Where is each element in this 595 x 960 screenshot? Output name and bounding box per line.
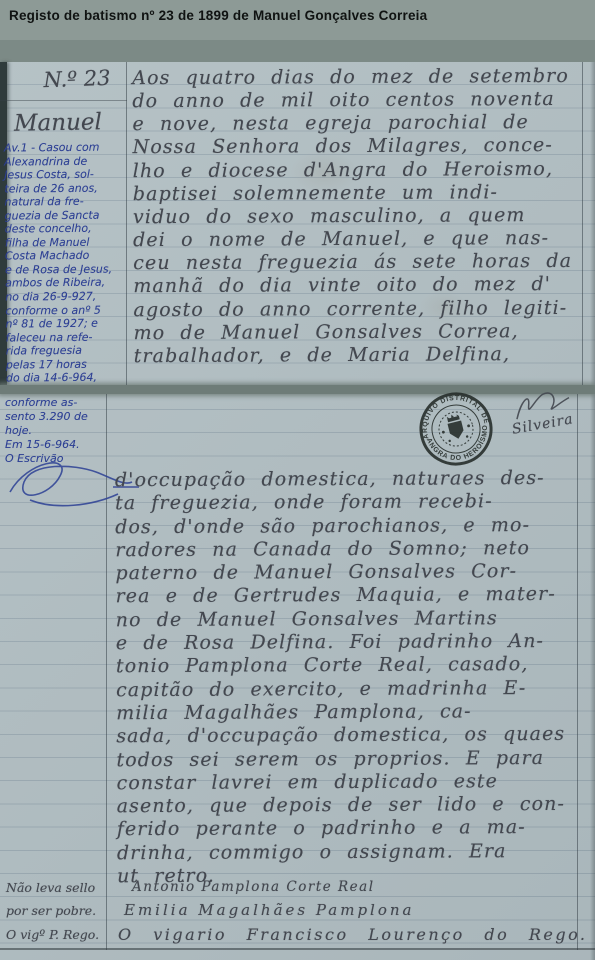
- annotation-line: sento 3.290 de: [5, 410, 124, 424]
- text-line: asento, que depois de ser lido e con-: [117, 793, 577, 819]
- scan-right-edge-shade: [590, 62, 595, 960]
- text-line: trabalhador, e de Maria Delfina,: [134, 343, 582, 369]
- annotation-line: teira de 26 anos,: [4, 181, 123, 196]
- witness-signatures: Antonio Pamplona Corte RealEmilia Magalh…: [118, 876, 588, 946]
- annotation-line: Em 15-6-964.: [5, 438, 124, 452]
- screenshot-root: Registo de batismo nº 23 de 1899 de Manu…: [0, 0, 595, 960]
- text-line: sada, d'occupação domestica, os quaes: [116, 723, 576, 749]
- text-line: rea e de Gertrudes Maquia, e mater-: [116, 583, 576, 609]
- annotation-line: O vigº P. Rego.: [6, 923, 118, 946]
- text-line: capitão do exercito, e madrinha E-: [116, 676, 576, 702]
- signature-line: Emilia Magalhães Pamplona: [124, 899, 588, 922]
- annotation-line: deste concelho,: [5, 222, 124, 237]
- text-line: ceu nesta freguezia ás sete horas da: [133, 250, 581, 276]
- document-scan: N.º 23 Manuel Av.1 - Casou comAlexandrin…: [0, 40, 595, 960]
- text-line: lho e diocese d'Angra do Heroismo,: [133, 157, 581, 183]
- annotation-line: guezia de Sancta: [5, 208, 124, 223]
- text-line: ferido perante o padrinho e a ma-: [117, 816, 577, 842]
- header-bar: Registo de batismo nº 23 de 1899 de Manu…: [0, 0, 595, 40]
- text-line: d'occupação domestica, naturaes des-: [115, 467, 575, 493]
- right-rule-bottom: [577, 394, 578, 950]
- annotation-line: hoje.: [5, 424, 124, 438]
- text-line: constar lavrei em duplicado este: [116, 770, 576, 796]
- body-text-top: Aos quatro dias do mez de setembrodo ann…: [132, 65, 582, 368]
- scan-seam: [0, 385, 595, 394]
- right-rule-top: [582, 62, 583, 385]
- text-line: do anno de mil oito centos noventa: [132, 88, 580, 114]
- annotation-line: natural da fre-: [4, 195, 123, 210]
- signature-line: Antonio Pamplona Corte Real: [132, 876, 588, 899]
- annotation-line: ambos de Ribeira,: [5, 276, 124, 291]
- stamp-emblem: [438, 411, 472, 443]
- annotation-line: Costa Machado: [5, 249, 124, 264]
- annotation-line: conforme o anº 5: [5, 303, 124, 318]
- record-number: N.º 23: [28, 65, 127, 92]
- annotation-line: filha de Manuel: [5, 235, 124, 250]
- text-line: paterno de Manuel Gonsalves Cor-: [115, 560, 575, 586]
- text-line: agosto do anno corrente, filho legiti-: [133, 296, 581, 322]
- annotation-line: conforme as-: [5, 396, 124, 410]
- archivist-signature: Silveira: [502, 386, 592, 451]
- no-stamp-note: Não leva sellopor ser pobre.O vigº P. Re…: [6, 876, 118, 946]
- baptism-name: Manuel: [14, 109, 102, 137]
- text-line: e nove, nesta egreja parochial de: [132, 111, 580, 137]
- annotation-line: Jesus Costa, sol-: [4, 168, 123, 183]
- text-line: mo de Manuel Gonsalves Correa,: [134, 320, 582, 346]
- annotation-line: nº 81 de 1927; e: [5, 317, 124, 332]
- text-line: viduo do sexo masculino, a quem: [133, 204, 581, 230]
- text-line: ta freguezia, onde foram recebi-: [115, 490, 575, 516]
- annotation-line: pelas 17 horas: [6, 357, 125, 372]
- text-line: milia Magalhães Pamplona, ca-: [116, 700, 576, 726]
- text-line: Aos quatro dias do mez de setembro: [132, 65, 580, 91]
- annotation-line: Alexandrina de: [4, 154, 123, 169]
- text-line: dos, d'onde são parochianos, e mo-: [115, 513, 575, 539]
- annotation-line: e de Rosa de Jesus,: [5, 262, 124, 277]
- annotation-line: por ser pobre.: [6, 899, 118, 922]
- text-line: todos sei serem os proprios. E para: [116, 746, 576, 772]
- text-line: tonio Pamplona Corte Real, casado,: [116, 653, 576, 679]
- text-line: dei o nome de Manuel, e que nas-: [133, 227, 581, 253]
- body-text-bottom: d'occupação domestica, naturaes des-ta f…: [115, 467, 577, 889]
- page-title: Registo de batismo nº 23 de 1899 de Manu…: [9, 8, 427, 23]
- marriage-annotation: Av.1 - Casou comAlexandrina deJesus Cost…: [4, 140, 125, 385]
- annotation-line: faleceu na refe-: [6, 330, 125, 345]
- signature-line: O vigario Francisco Lourenço do Rego.: [118, 923, 588, 946]
- annotation-line: do dia 14-6-964,: [6, 371, 125, 386]
- text-line: baptisei solemnemente um indi-: [133, 181, 581, 207]
- margin-rule-top: [126, 62, 127, 385]
- text-line: e de Rosa Delfina. Foi padrinho An-: [116, 630, 576, 656]
- record-number-underline: [0, 100, 127, 101]
- annotation-line: Av.1 - Casou com: [4, 140, 123, 155]
- annotation-line: no dia 26-9-927,: [5, 289, 124, 304]
- text-line: drinha, commigo o assignam. Era: [117, 840, 577, 866]
- annotation-line: rida freguesia: [6, 344, 125, 359]
- annotation-line: Não leva sello: [6, 876, 118, 899]
- text-line: radores na Canada do Somno; neto: [115, 537, 575, 563]
- page-bottom-rule: [0, 948, 595, 950]
- text-line: Nossa Senhora dos Milagres, conce-: [133, 134, 581, 160]
- text-line: no de Manuel Gonsalves Martins: [116, 607, 576, 633]
- text-line: manhã do dia vinte oito do mez d': [133, 273, 581, 299]
